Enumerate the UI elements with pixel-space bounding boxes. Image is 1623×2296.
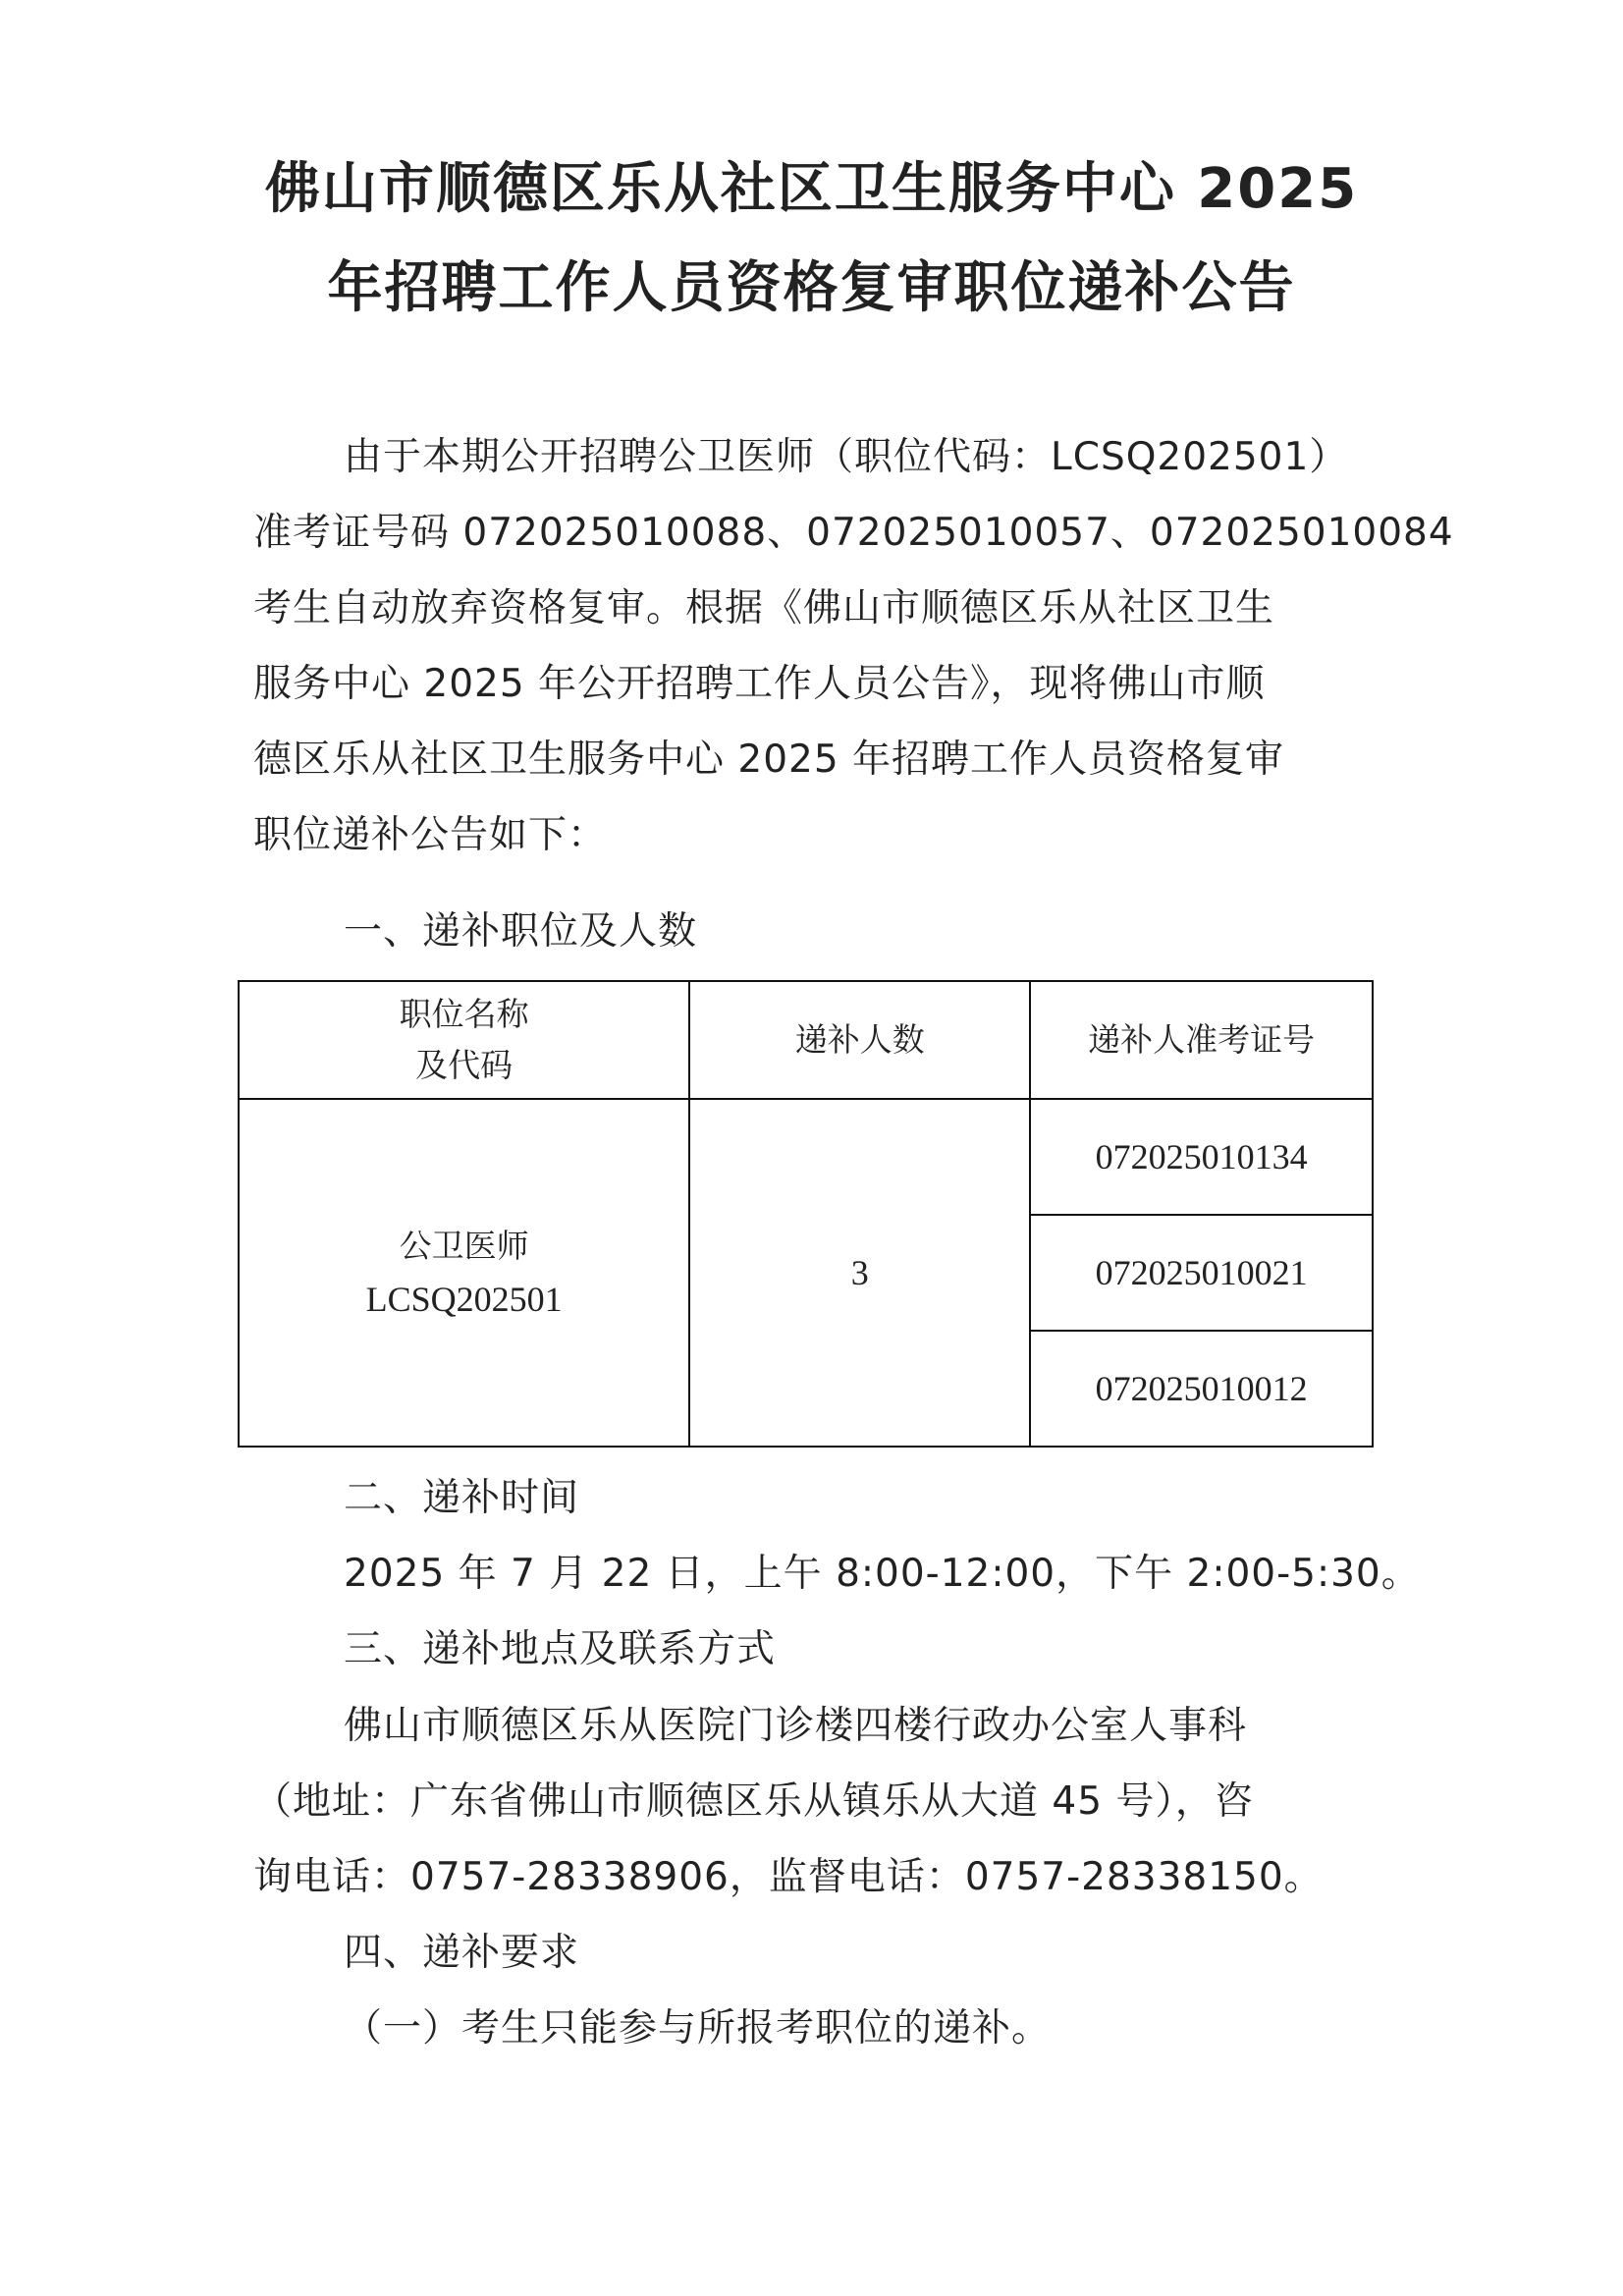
header-admission-number: 递补人准考证号 [1030, 981, 1373, 1099]
intro-line-6: 职位递补公告如下： [253, 804, 607, 859]
document-page: 佛山市顺德区乐从社区卫生服务中心 2025 年招聘工作人员资格复审职位递补公告 … [0, 0, 1623, 2296]
header-position-code: 及代码 [240, 1040, 688, 1091]
intro-line-5: 德区乐从社区卫生服务中心 2025 年招聘工作人员资格复审 [253, 729, 1284, 784]
intro-line-1: 由于本期公开招聘公卫医师（职位代码：LCSQ202501） [344, 426, 1348, 481]
header-count: 递补人数 [689, 981, 1030, 1099]
header-position-name: 职位名称 [240, 989, 688, 1040]
document-title-line-2: 年招聘工作人员资格复审职位递补公告 [0, 245, 1623, 323]
section-4-heading: 四、递补要求 [344, 1922, 579, 1977]
section-3-line-2: （地址：广东省佛山市顺德区乐从镇乐从大道 45 号），咨 [253, 1771, 1254, 1826]
table-header-row: 职位名称 及代码 递补人数 递补人准考证号 [239, 981, 1373, 1099]
header-position-name-code: 职位名称 及代码 [239, 981, 689, 1099]
cell-admission-number-2: 072025010021 [1030, 1215, 1373, 1331]
cell-admission-number-3: 072025010012 [1030, 1331, 1373, 1447]
section-2-heading: 二、递补时间 [344, 1467, 579, 1522]
intro-line-4: 服务中心 2025 年公开招聘工作人员公告》，现将佛山市顺 [253, 653, 1266, 708]
section-1-heading: 一、递补职位及人数 [344, 901, 697, 956]
position-code: LCSQ202501 [240, 1273, 688, 1326]
vacancy-table: 职位名称 及代码 递补人数 递补人准考证号 公卫医师 LCSQ202501 3 … [238, 980, 1374, 1448]
section-3-line-1: 佛山市顺德区乐从医院门诊楼四楼行政办公室人事科 [344, 1695, 1247, 1750]
section-4-item-1: （一）考生只能参与所报考职位的递补。 [344, 1997, 1051, 2052]
intro-line-3: 考生自动放弃资格复审。根据《佛山市顺德区乐从社区卫生 [253, 577, 1274, 632]
section-3-line-3: 询电话：0757-28338906，监督电话：0757-28338150。 [253, 1846, 1324, 1901]
cell-count: 3 [689, 1099, 1030, 1447]
table-row: 公卫医师 LCSQ202501 3 072025010134 [239, 1099, 1373, 1215]
cell-admission-number-1: 072025010134 [1030, 1099, 1373, 1215]
cell-position: 公卫医师 LCSQ202501 [239, 1099, 689, 1447]
position-name: 公卫医师 [240, 1220, 688, 1273]
section-2-text: 2025 年 7 月 22 日，上午 8:00-12:00，下午 2:00-5:… [344, 1543, 1421, 1598]
section-3-heading: 三、递补地点及联系方式 [344, 1618, 776, 1673]
intro-line-2: 准考证号码 072025010088、072025010057、07202501… [253, 502, 1454, 557]
document-title-line-1: 佛山市顺德区乐从社区卫生服务中心 2025 [0, 145, 1623, 224]
